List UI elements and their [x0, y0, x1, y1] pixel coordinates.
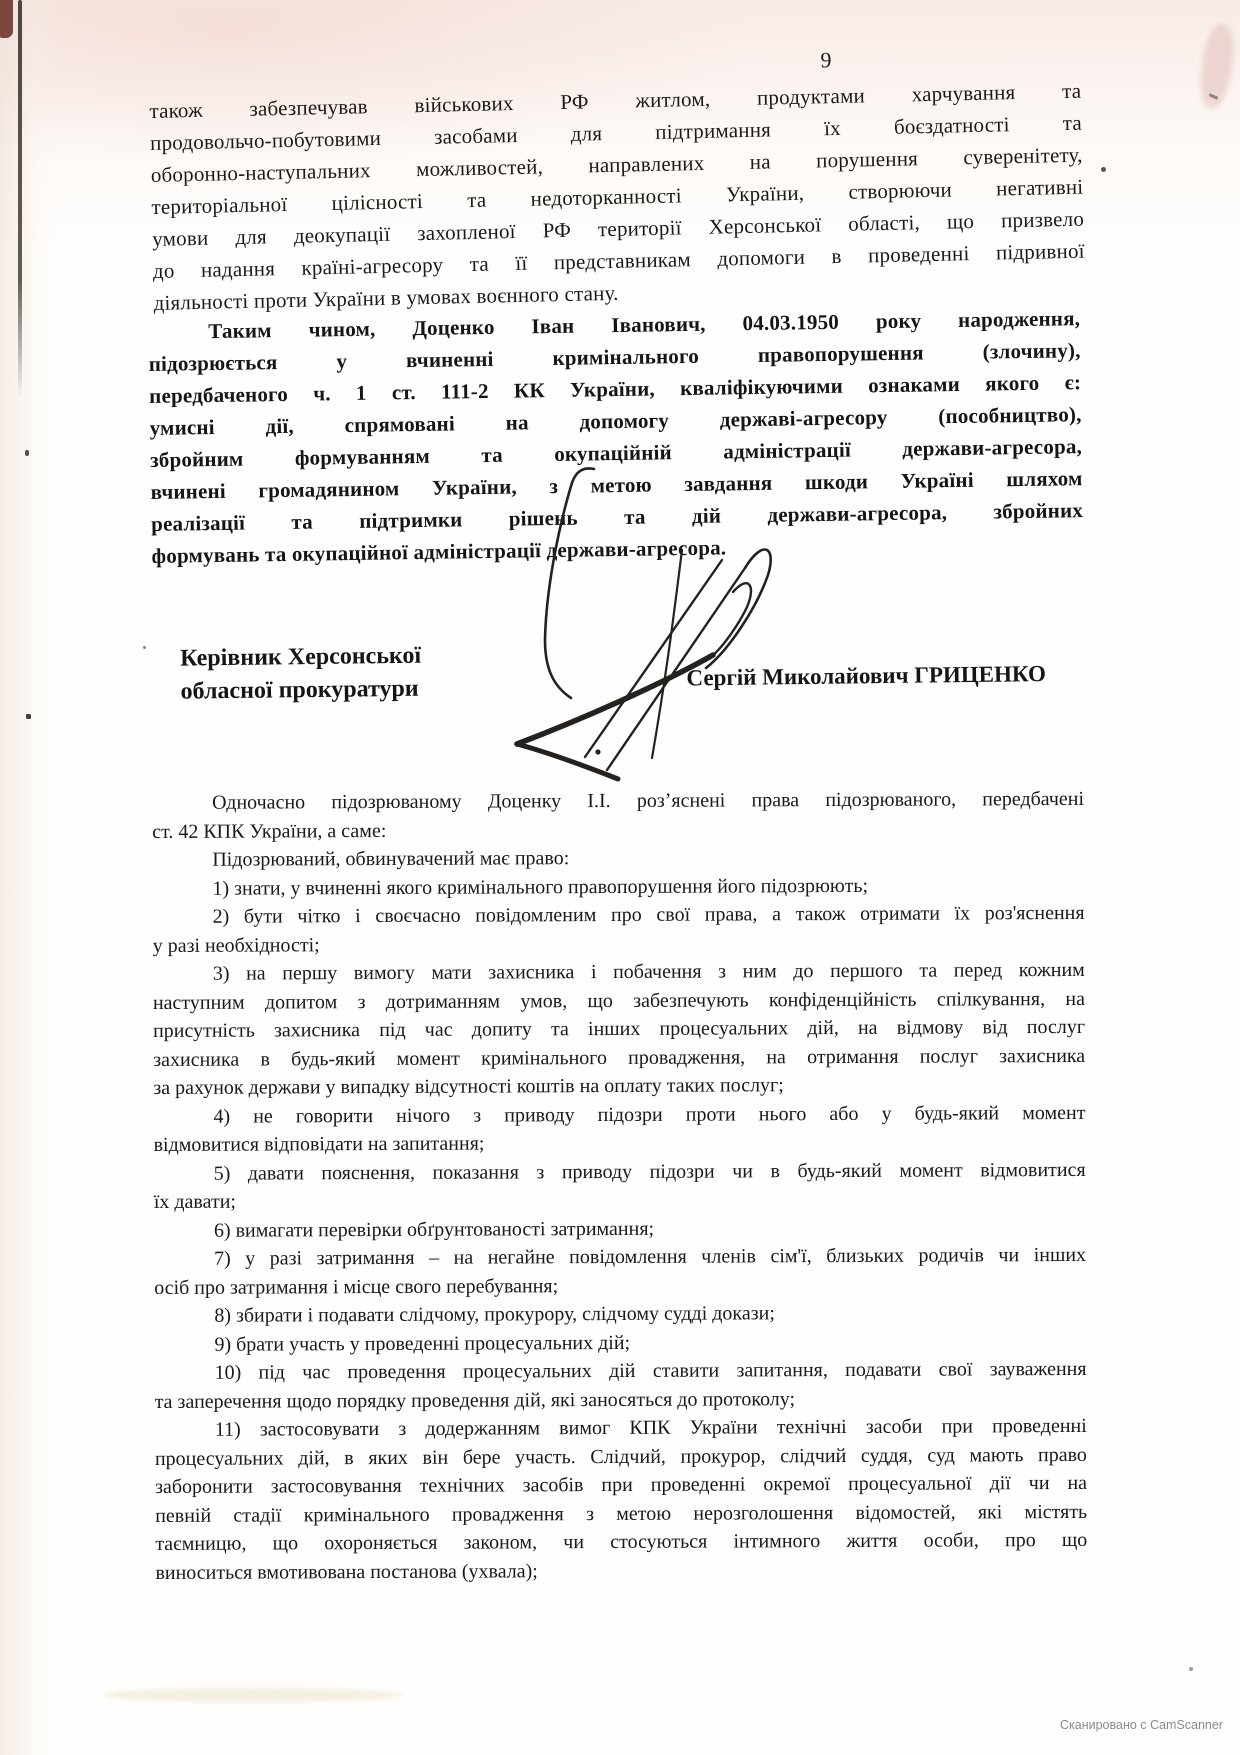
document-page: 9 також забезпечував військових РФ житло…: [0, 0, 1240, 1755]
scan-artifact-speck: [25, 450, 29, 456]
signer-position-line2: обласної прокуратури: [180, 673, 421, 709]
rights-item-8: 8) збирати і подавати слідчому, прокурор…: [154, 1298, 1086, 1331]
scan-artifact-edge-line: [18, 0, 22, 398]
text-line: у разі необхідності;: [153, 927, 1085, 960]
text-line: 6) вимагати перевірки обґрунтованості за…: [154, 1212, 1086, 1245]
text-line: 1) знати, у вчиненні якого кримінального…: [152, 870, 1084, 903]
text-line: захисника в будь-який момент кримінально…: [153, 1041, 1085, 1074]
text-line: ст. 42 КПК України, а саме:: [152, 813, 1084, 846]
text-line: 10) під час проведення процесуальних дій…: [154, 1355, 1086, 1388]
text-line: процесуальних дій, в яких він бере участ…: [155, 1440, 1087, 1473]
scan-artifact-speck: [1189, 1667, 1193, 1671]
signer-position: Керівник Херсонської обласної прокуратур…: [180, 640, 422, 709]
rights-item-9: 9) брати участь у проведенні процесуальн…: [154, 1326, 1086, 1359]
text-line: та заперечення щодо порядку проведення д…: [155, 1383, 1087, 1416]
text-line: наступним допитом з дотриманням умов, що…: [153, 984, 1085, 1017]
rights-item-2: 2) бути чітко і своєчасно повідомленим п…: [152, 899, 1084, 960]
rights-item-7: 7) у разі затримання – на негайне повідо…: [154, 1241, 1086, 1302]
handwritten-signature: [420, 415, 780, 795]
body-paragraph-1: також забезпечував військових РФ житлом,…: [149, 75, 1086, 319]
text-line: заборонити застосовування технічних засо…: [155, 1469, 1087, 1502]
signer-position-line1: Керівник Херсонської: [180, 640, 421, 676]
rights-item-10: 10) під час проведення процесуальних дій…: [154, 1355, 1086, 1416]
rights-item-6: 6) вимагати перевірки обґрунтованості за…: [154, 1212, 1086, 1245]
scan-artifact-smudge: [103, 1688, 403, 1702]
rights-item-3: 3) на першу вимогу мати захисника і поба…: [153, 956, 1086, 1103]
text-line: їх давати;: [154, 1184, 1086, 1217]
text-line: 11) застосовувати з додержанням вимог КП…: [155, 1412, 1087, 1445]
text-line: 7) у разі затримання – на негайне повідо…: [154, 1241, 1086, 1274]
scan-artifact-edge-tint: [0, 0, 58, 1755]
rights-item-4: 4) не говорити нічого з приводу підозри …: [153, 1098, 1085, 1159]
text-line: певній стадії кримінального провадження …: [155, 1497, 1087, 1530]
text-line: 4) не говорити нічого з приводу підозри …: [153, 1098, 1085, 1131]
text-line: 2) бути чітко і своєчасно повідомленим п…: [152, 899, 1084, 932]
scan-artifact-speck: [143, 646, 146, 649]
rights-item-5: 5) давати пояснення, показання з приводу…: [154, 1155, 1086, 1216]
text-line: Підозрюваний, обвинувачений має право:: [152, 842, 1084, 875]
section-rights: Одночасно підозрюваному Доценку І.І. роз…: [152, 785, 1087, 1587]
text-line: виноситься вмотивована постанова (ухвала…: [155, 1554, 1087, 1587]
rights-lead: Підозрюваний, обвинувачений має право:: [152, 842, 1084, 875]
text-line: за рахунок держави у випадку відсутності…: [153, 1070, 1085, 1103]
text-line: 8) збирати і подавати слідчому, прокурор…: [154, 1298, 1086, 1331]
text-line: присутність захисника під час допиту та …: [153, 1013, 1085, 1046]
rights-item-1: 1) знати, у вчиненні якого кримінального…: [152, 870, 1084, 903]
rights-item-11: 11) застосовувати з додержанням вимог КП…: [155, 1412, 1088, 1587]
rights-intro: Одночасно підозрюваному Доценку І.І. роз…: [152, 785, 1084, 846]
text-line: відмовитися відповідати на запитання;: [153, 1127, 1085, 1160]
scan-artifact-corner-mark: [0, 0, 13, 38]
text-line: 3) на першу вимогу мати захисника і поба…: [153, 956, 1085, 989]
text-line: 9) брати участь у проведенні процесуальн…: [154, 1326, 1086, 1359]
camscanner-watermark: Сканировано с CamScanner: [1060, 1718, 1223, 1732]
text-line: таємницю, що охороняється законом, чи ст…: [155, 1526, 1087, 1559]
text-line: Одночасно підозрюваному Доценку І.І. роз…: [152, 785, 1084, 818]
section-top: 9 також забезпечував військових РФ житло…: [148, 26, 1086, 319]
text-line: 5) давати пояснення, показання з приводу…: [154, 1155, 1086, 1188]
text-line: осіб про затримання і місце свого перебу…: [154, 1269, 1086, 1302]
scan-artifact-speck: [26, 714, 31, 719]
scan-artifact-speck: [1101, 167, 1106, 172]
